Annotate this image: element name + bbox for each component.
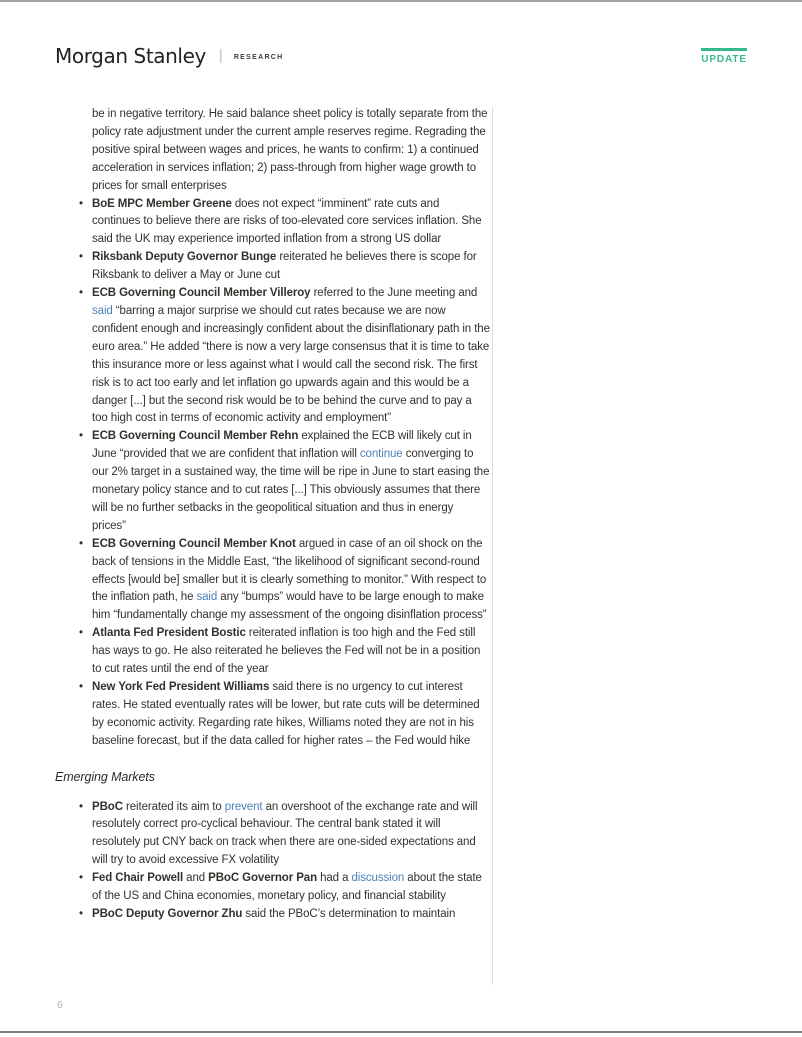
body-text: and — [183, 872, 208, 884]
bullet-item: Atlanta Fed President Bostic reiterated … — [55, 625, 490, 679]
inline-link[interactable]: discussion — [351, 872, 404, 884]
document-page: Morgan Stanley | RESEARCH UPDATE be in n… — [0, 0, 802, 1037]
bullet-item: Riksbank Deputy Governor Bunge reiterate… — [55, 249, 490, 285]
speaker-name: Atlanta Fed President Bostic — [92, 627, 246, 639]
column-divider — [492, 107, 493, 985]
body-text: converging to our 2% target in a sustain… — [92, 448, 489, 532]
body-text: referred to the June meeting and — [310, 287, 477, 299]
speaker-name: PBoC Deputy Governor Zhu — [92, 908, 242, 920]
research-label: RESEARCH — [234, 54, 284, 61]
body-text: “barring a major surprise we should cut … — [92, 305, 490, 424]
report-body: be in negative territory. He said balanc… — [55, 106, 490, 924]
speaker-name: Fed Chair Powell — [92, 872, 183, 884]
body-text: said the PBoC’s determination to maintai… — [242, 908, 455, 920]
section-heading-emerging-markets: Emerging Markets — [55, 769, 490, 787]
bullet-item: New York Fed President Williams said the… — [55, 679, 490, 751]
body-text: had a — [317, 872, 351, 884]
morgan-stanley-logo: Morgan Stanley — [55, 45, 206, 67]
speaker-name: ECB Governing Council Member Villeroy — [92, 287, 310, 299]
speaker-name: ECB Governing Council Member Rehn — [92, 430, 298, 442]
update-badge: UPDATE — [701, 48, 747, 65]
page-number: 6 — [57, 1000, 63, 1011]
developed-markets-bullet-list: BoE MPC Member Greene does not expect “i… — [55, 196, 490, 751]
header-divider: | — [219, 45, 223, 67]
page-bottom-rule — [0, 1031, 802, 1033]
inline-link[interactable]: said — [196, 591, 217, 603]
bullet-item: ECB Governing Council Member Villeroy re… — [55, 285, 490, 428]
body-text: reiterated its aim to — [123, 801, 225, 813]
bullet-item: ECB Governing Council Member Knot argued… — [55, 536, 490, 626]
speaker-name: ECB Governing Council Member Knot — [92, 538, 296, 550]
speaker-name: Riksbank Deputy Governor Bunge — [92, 251, 276, 263]
bullet-item: PBoC reiterated its aim to prevent an ov… — [55, 799, 490, 871]
inline-link[interactable]: prevent — [225, 801, 263, 813]
speaker-name: PBoC Governor Pan — [208, 872, 317, 884]
body-text: be in negative territory. He said balanc… — [92, 108, 487, 192]
inline-link[interactable]: said — [92, 305, 113, 317]
bullet-item: BoE MPC Member Greene does not expect “i… — [55, 196, 490, 250]
emerging-markets-bullet-list: PBoC reiterated its aim to prevent an ov… — [55, 799, 490, 924]
continuation-paragraph: be in negative territory. He said balanc… — [92, 106, 490, 196]
bullet-item: Fed Chair Powell and PBoC Governor Pan h… — [55, 870, 490, 906]
page-header: Morgan Stanley | RESEARCH UPDATE — [55, 45, 747, 67]
bullet-item: PBoC Deputy Governor Zhu said the PBoC’s… — [55, 906, 490, 924]
speaker-name: New York Fed President Williams — [92, 681, 269, 693]
bullet-item: ECB Governing Council Member Rehn explai… — [55, 428, 490, 535]
speaker-name: BoE MPC Member Greene — [92, 198, 232, 210]
inline-link[interactable]: continue — [360, 448, 403, 460]
speaker-name: PBoC — [92, 801, 123, 813]
